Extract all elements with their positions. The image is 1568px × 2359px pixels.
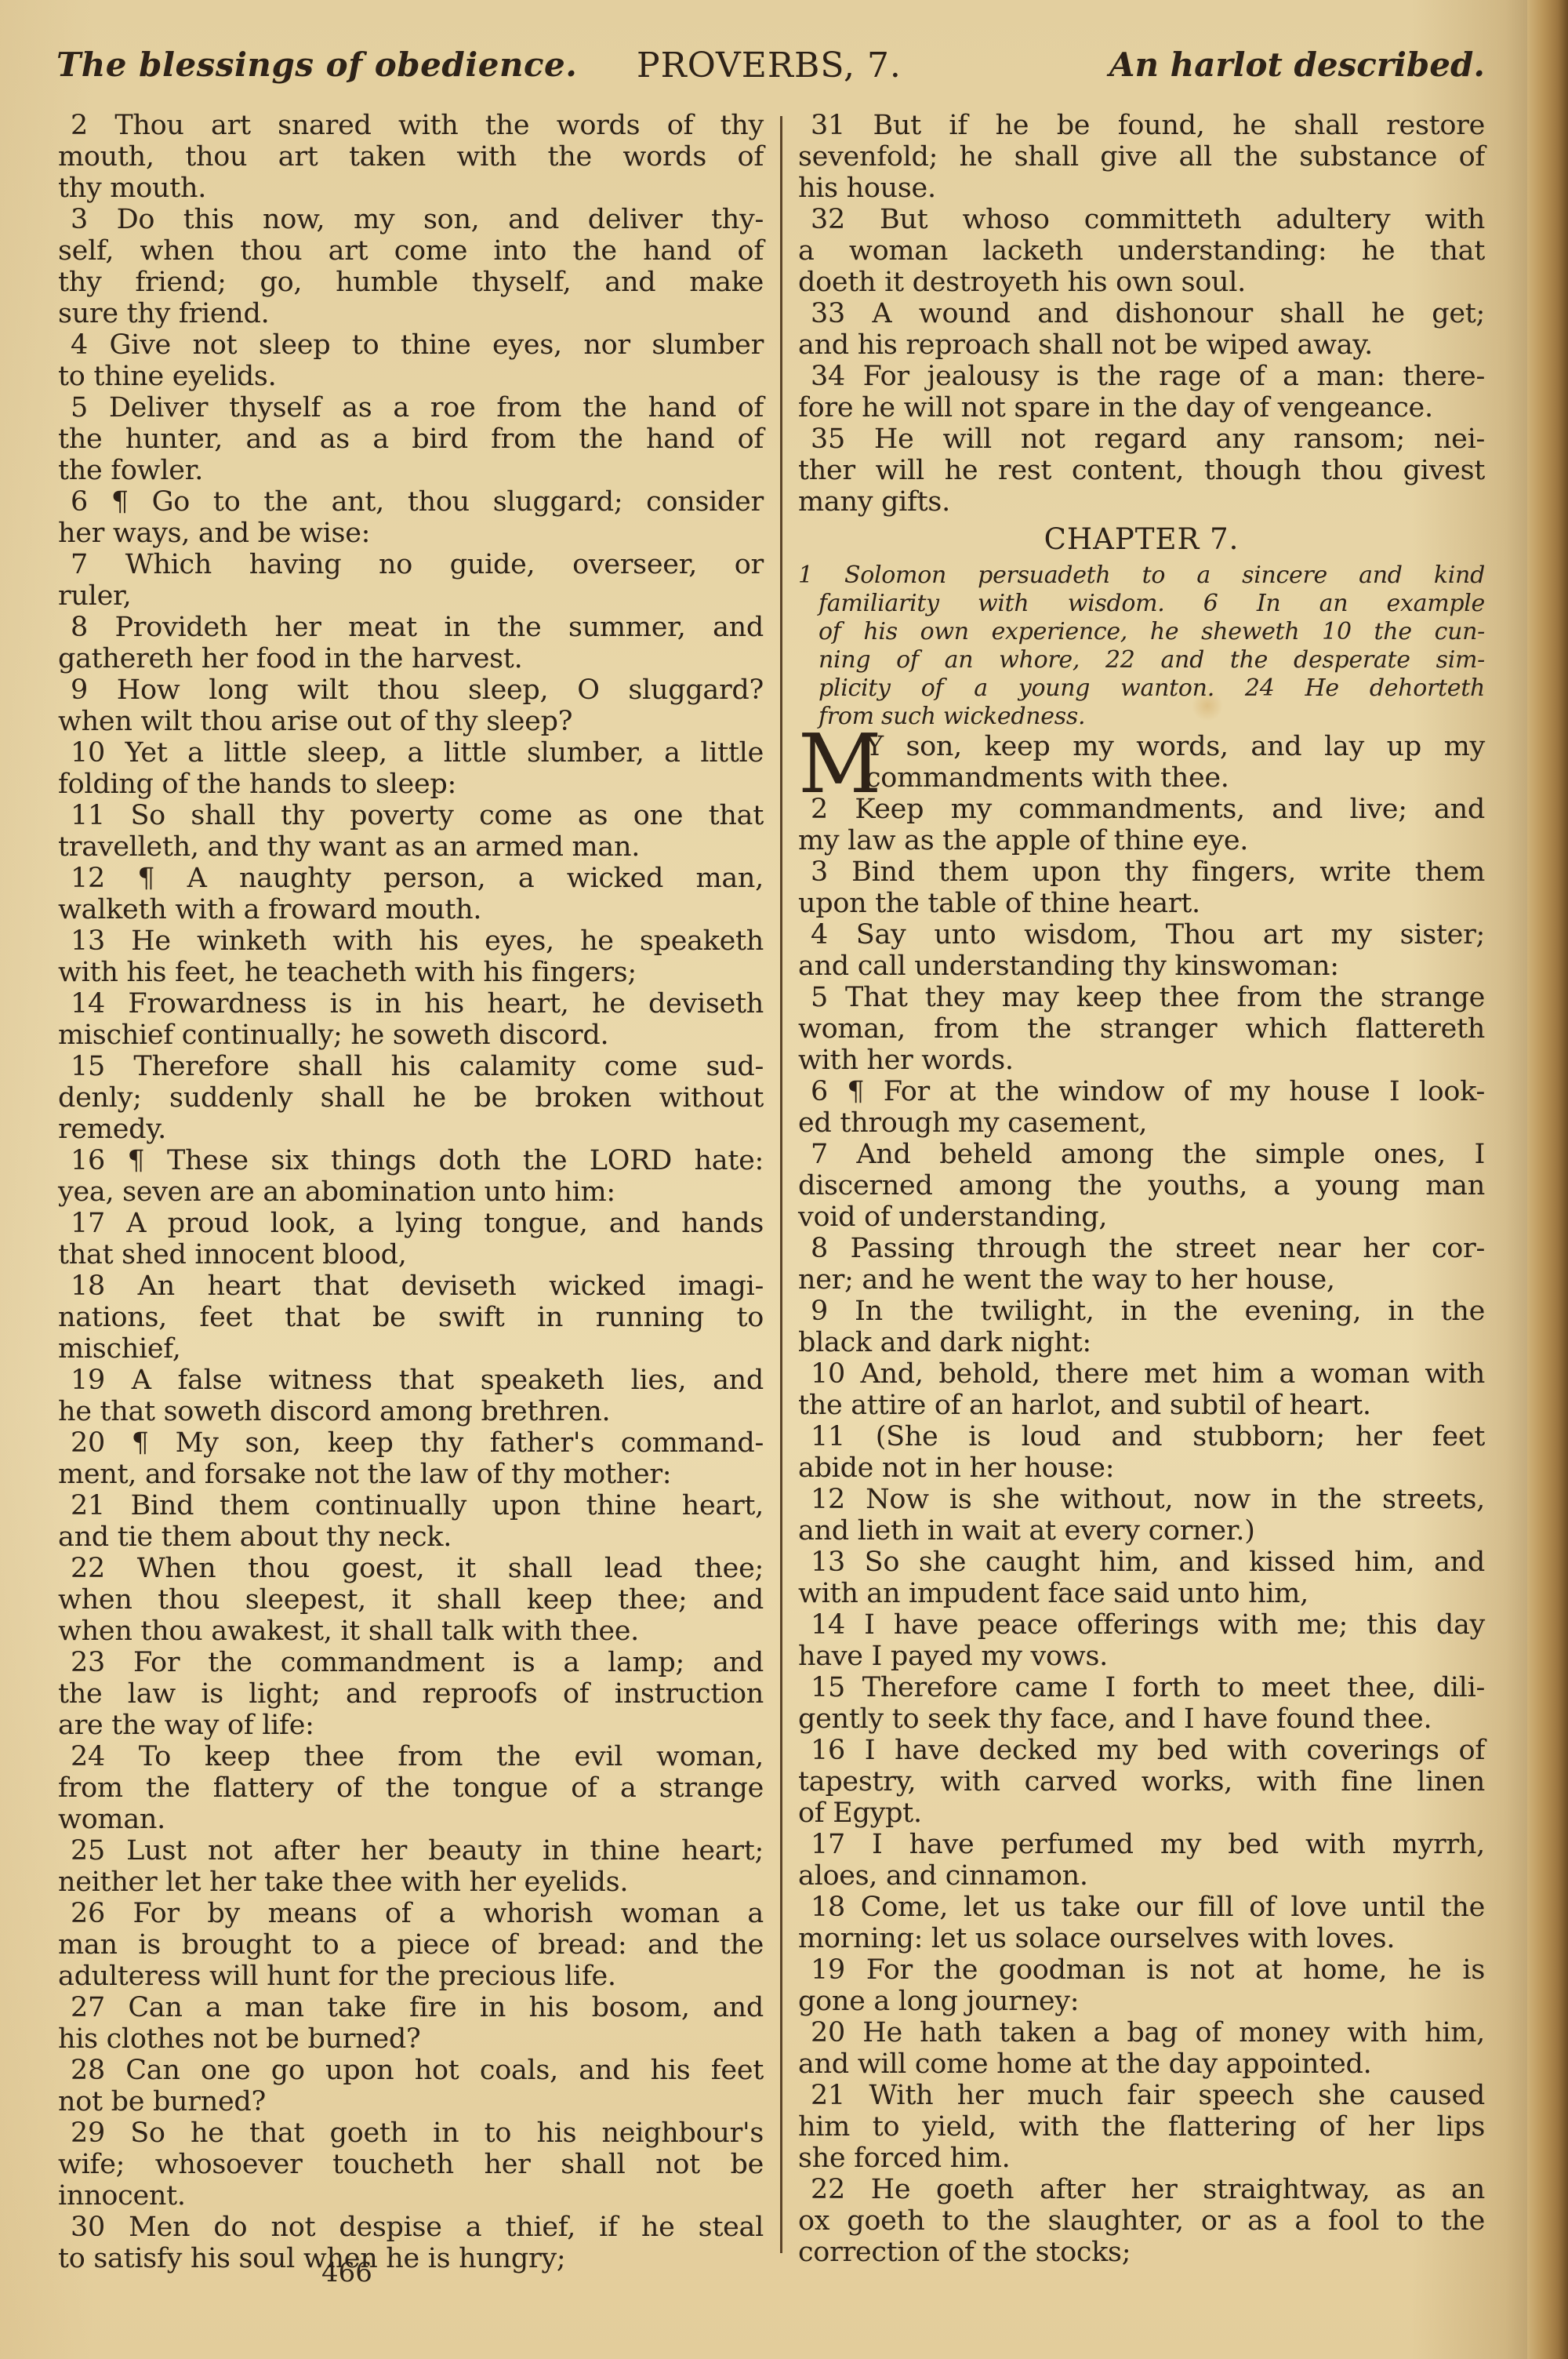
verse-line: 16 ¶ These six things doth the LORD hate… (58, 1145, 764, 1176)
verse-line: 19 A false witness that speaketh lies, a… (58, 1365, 764, 1396)
verse-line: 4 Say unto wisdom, Thou art my sister; (798, 919, 1485, 951)
proverbs-6-continued: 31 But if he be found, he shall restores… (798, 110, 1485, 518)
summary-line: ning of an whore, 22 and the desperate s… (798, 646, 1485, 674)
verse-line: 24 To keep thee from the evil woman, (58, 1741, 764, 1772)
verse-line: 17 I have perfumed my bed with myrrh, (798, 1829, 1485, 1860)
verse-line: with an impudent face said unto him, (798, 1578, 1485, 1609)
verse-line: 15 Therefore came I forth to meet thee, … (798, 1672, 1485, 1703)
verse-line: not be burned? (58, 2086, 764, 2117)
verse-line: 9 How long wilt thou sleep, O sluggard? (58, 674, 764, 706)
verse-line: 2 Thou art snared with the words of thy (58, 110, 764, 141)
verse-line: 32 But whoso committeth adultery with (798, 204, 1485, 235)
verse-line: 7 And beheld among the simple ones, I (798, 1139, 1485, 1170)
verse-line: black and dark night: (798, 1327, 1485, 1358)
verse-line: 12 Now is she without, now in the street… (798, 1484, 1485, 1515)
verse-line: morning: let us solace ourselves with lo… (798, 1923, 1485, 1954)
verse-line: 9 In the twilight, in the evening, in th… (798, 1296, 1485, 1327)
verse-line: 20 He hath taken a bag of money with him… (798, 2017, 1485, 2048)
verse-line: ox goeth to the slaughter, or as a fool … (798, 2205, 1485, 2237)
verse-line: mischief continually; he soweth discord. (58, 1020, 764, 1051)
verse-line: my law as the apple of thine eye. (798, 825, 1485, 856)
summary-line: familiarity with wisdom. 6 In an example (798, 590, 1485, 618)
verse-line: many gifts. (798, 486, 1485, 518)
book-page: The blessings of obedience. PROVERBS, 7.… (0, 0, 1568, 2359)
verse-line: thy friend; go, humble thyself, and make (58, 267, 764, 298)
column-divider (780, 116, 782, 2253)
verse-line: wife; whosoever toucheth her shall not b… (58, 2149, 764, 2180)
verse-line: adulteress will hunt for the precious li… (58, 1961, 764, 1992)
verse-line: she forced him. (798, 2143, 1485, 2174)
verse-line: woman, from the stranger which flatteret… (798, 1013, 1485, 1045)
verse-line: 30 Men do not despise a thief, if he ste… (58, 2212, 764, 2243)
chapter-summary: 1 Solomon persuadeth to a sincere and ki… (798, 562, 1485, 731)
verse-line: 6 ¶ Go to the ant, thou sluggard; consid… (58, 486, 764, 518)
verse-line: 25 Lust not after her beauty in thine he… (58, 1835, 764, 1866)
verse-line: 31 But if he be found, he shall restore (798, 110, 1485, 141)
verse-line: 4 Give not sleep to thine eyes, nor slum… (58, 329, 764, 361)
verse-line: doeth it destroyeth his own soul. (798, 267, 1485, 298)
verse-line: ner; and he went the way to her house, (798, 1264, 1485, 1296)
verse-line: 26 For by means of a whorish woman a (58, 1898, 764, 1929)
verse-line: 29 So he that goeth in to his neighbour'… (58, 2117, 764, 2149)
verse-line: 18 Come, let us take our fill of love un… (798, 1892, 1485, 1923)
verse-line: fore he will not spare in the day of ven… (798, 392, 1485, 423)
verse-line: ther will he rest content, though thou g… (798, 455, 1485, 486)
verse-line: sure thy friend. (58, 298, 764, 329)
page-number: 466 (321, 2257, 372, 2288)
verse-line: self, when thou art come into the hand o… (58, 235, 764, 267)
verse-line: 14 I have peace offerings with me; this … (798, 1609, 1485, 1641)
verse-line: innocent. (58, 2180, 764, 2212)
verse-line: ruler, (58, 580, 764, 612)
verse-line: of Egypt. (798, 1797, 1485, 1829)
verse-line: that shed innocent blood, (58, 1239, 764, 1270)
verse-line: to satisfy his soul when he is hungry; (58, 2243, 764, 2274)
verse-line: with his feet, he teacheth with his fing… (58, 957, 764, 988)
running-head-right: An harlot described. (1109, 45, 1485, 84)
summary-line: plicity of a young wanton. 24 He dehorte… (798, 674, 1485, 703)
verse-line: remedy. (58, 1114, 764, 1145)
verse-line: 8 Provideth her meat in the summer, and (58, 612, 764, 643)
verse-line: from the flattery of the tongue of a str… (58, 1772, 764, 1804)
summary-line: from such wickedness. (798, 703, 1485, 731)
verse-line: 33 A wound and dishonour shall he get; (798, 298, 1485, 329)
verse-line: 34 For jealousy is the rage of a man: th… (798, 361, 1485, 392)
summary-line: of his own experience, he sheweth 10 the… (798, 618, 1485, 646)
verse-line: the fowler. (58, 455, 764, 486)
verse-line: his house. (798, 173, 1485, 204)
verse-line: 3 Bind them upon thy fingers, write them (798, 856, 1485, 888)
drop-cap: M (798, 725, 882, 803)
verse-line: folding of the hands to sleep: (58, 769, 764, 800)
verse-line: and will come home at the day appointed. (798, 2048, 1485, 2080)
verse-line: yea, seven are an abomination unto him: (58, 1176, 764, 1208)
verse-line: upon the table of thine heart. (798, 888, 1485, 919)
verse-line: 5 That they may keep thee from the stran… (798, 982, 1485, 1013)
verse-line: the attire of an harlot, and subtil of h… (798, 1390, 1485, 1421)
verse-line: a woman lacketh understanding: he that (798, 235, 1485, 267)
verse-line: ed through my casement, (798, 1107, 1485, 1139)
verse-line: 15 Therefore shall his calamity come sud… (58, 1051, 764, 1082)
verse-line: gathereth her food in the harvest. (58, 643, 764, 674)
chapter-title: CHAPTER 7. (798, 518, 1485, 562)
right-column: 31 But if he be found, he shall restores… (798, 110, 1485, 2268)
verse-line: mouth, thou art taken with the words of (58, 141, 764, 173)
verse-line: 35 He will not regard any ransom; nei- (798, 423, 1485, 455)
proverbs-7-verses: 2 Keep my commandments, and live; andmy … (798, 794, 1485, 2268)
verse-line: walketh with a froward mouth. (58, 894, 764, 925)
verse-line: neither let her take thee with her eyeli… (58, 1866, 764, 1898)
verse-line: travelleth, and thy want as an armed man… (58, 831, 764, 863)
verse-line: 20 ¶ My son, keep thy father's command- (58, 1427, 764, 1459)
chapter-opening: M Y son, keep my words, and lay up my co… (798, 731, 1485, 794)
running-head-book-chapter: PROVERBS, 7. (637, 45, 902, 85)
verse-line: are the way of life: (58, 1710, 764, 1741)
verse-line: abide not in her house: (798, 1452, 1485, 1484)
opening-line: Y son, keep my words, and lay up my (798, 731, 1485, 762)
verse-line: 17 A proud look, a lying tongue, and han… (58, 1208, 764, 1239)
verse-line: him to yield, with the flattering of her… (798, 2111, 1485, 2143)
verse-line: 16 I have decked my bed with coverings o… (798, 1735, 1485, 1766)
verse-line: the law is light; and reproofs of instru… (58, 1678, 764, 1710)
verse-line: when thou awakest, it shall talk with th… (58, 1616, 764, 1647)
verse-line: 7 Which having no guide, overseer, or (58, 549, 764, 580)
verse-line: 14 Frowardness is in his heart, he devis… (58, 988, 764, 1020)
verse-line: 22 He goeth after her straightway, as an (798, 2174, 1485, 2205)
verse-line: when wilt thou arise out of thy sleep? (58, 706, 764, 737)
verse-line: and tie them about thy neck. (58, 1521, 764, 1553)
verse-line: thy mouth. (58, 173, 764, 204)
verse-line: and lieth in wait at every corner.) (798, 1515, 1485, 1547)
verse-line: 18 An heart that deviseth wicked imagi- (58, 1270, 764, 1302)
verse-line: 12 ¶ A naughty person, a wicked man, (58, 863, 764, 894)
verse-line: 5 Deliver thyself as a roe from the hand… (58, 392, 764, 423)
running-head-left: The blessings of obedience. (56, 45, 577, 84)
verse-line: 21 With her much fair speech she caused (798, 2080, 1485, 2111)
verse-line: her ways, and be wise: (58, 518, 764, 549)
verse-line: ment, and forsake not the law of thy mot… (58, 1459, 764, 1490)
verse-line: aloes, and cinnamon. (798, 1860, 1485, 1892)
verse-line: 3 Do this now, my son, and deliver thy- (58, 204, 764, 235)
verse-line: 6 ¶ For at the window of my house I look… (798, 1076, 1485, 1107)
verse-line: man is brought to a piece of bread: and … (58, 1929, 764, 1961)
verse-line: 21 Bind them continually upon thine hear… (58, 1490, 764, 1521)
verse-line: gone a long journey: (798, 1986, 1485, 2017)
verse-line: 10 And, behold, there met him a woman wi… (798, 1358, 1485, 1390)
verse-line: 11 So shall thy poverty come as one that (58, 800, 764, 831)
verse-line: 27 Can a man take fire in his bosom, and (58, 1992, 764, 2023)
verse-line: and his reproach shall not be wiped away… (798, 329, 1485, 361)
verse-line: he that soweth discord among brethren. (58, 1396, 764, 1427)
left-column: 2 Thou art snared with the words of thym… (58, 110, 764, 2274)
verse-line: 8 Passing through the street near her co… (798, 1233, 1485, 1264)
verse-line: discerned among the youths, a young man (798, 1170, 1485, 1201)
verse-line: 13 So she caught him, and kissed him, an… (798, 1547, 1485, 1578)
verse-line: gently to seek thy face, and I have foun… (798, 1703, 1485, 1735)
verse-line: correction of the stocks; (798, 2237, 1485, 2268)
verse-line: have I payed my vows. (798, 1641, 1485, 1672)
verse-line: nations, feet that be swift in running t… (58, 1302, 764, 1333)
verse-line: woman. (58, 1804, 764, 1835)
verse-line: 10 Yet a little sleep, a little slumber,… (58, 737, 764, 769)
verse-line: 2 Keep my commandments, and live; and (798, 794, 1485, 825)
verse-line: sevenfold; he shall give all the substan… (798, 141, 1485, 173)
summary-line: 1 Solomon persuadeth to a sincere and ki… (798, 562, 1485, 590)
running-head: The blessings of obedience. PROVERBS, 7.… (56, 45, 1491, 93)
verse-line: 22 When thou goest, it shall lead thee; (58, 1553, 764, 1584)
verse-line: the hunter, and as a bird from the hand … (58, 423, 764, 455)
verse-line: mischief, (58, 1333, 764, 1365)
verse-line: 19 For the goodman is not at home, he is (798, 1954, 1485, 1986)
verse-line: his clothes not be burned? (58, 2023, 764, 2055)
verse-line: tapestry, with carved works, with fine l… (798, 1766, 1485, 1797)
verse-line: denly; suddenly shall he be broken witho… (58, 1082, 764, 1114)
verse-line: and call understanding thy kinswoman: (798, 951, 1485, 982)
verse-line: 11 (She is loud and stubborn; her feet (798, 1421, 1485, 1452)
opening-line: commandments with thee. (798, 762, 1485, 794)
verse-line: 13 He winketh with his eyes, he speaketh (58, 925, 764, 957)
page-edge (1527, 0, 1568, 2359)
verse-line: void of understanding, (798, 1201, 1485, 1233)
verse-line: 28 Can one go upon hot coals, and his fe… (58, 2055, 764, 2086)
verse-line: to thine eyelids. (58, 361, 764, 392)
verse-line: when thou sleepest, it shall keep thee; … (58, 1584, 764, 1616)
verse-line: 23 For the commandment is a lamp; and (58, 1647, 764, 1678)
verse-line: with her words. (798, 1045, 1485, 1076)
